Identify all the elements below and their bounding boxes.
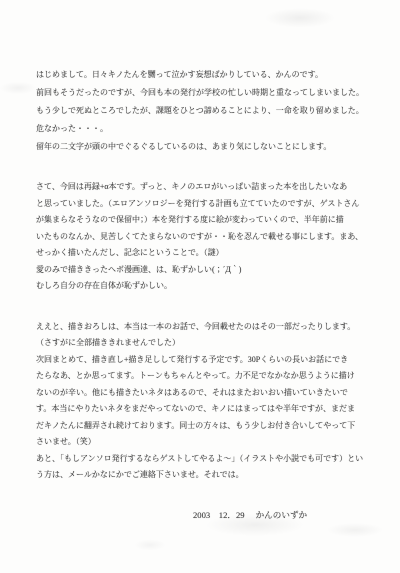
text-line: す。本当にやりたいネタをまだやってないので、キノにはまってはや半年ですが、まだま <box>36 401 374 418</box>
signature-line: 2003 12．29かんのいずか <box>36 507 374 524</box>
text-line: （さすがに全部描ききれませんでした） <box>36 335 374 352</box>
text-line: いたものなんか、見苦しくてたまらないのですが・・恥を忍んで載せる事にします。まあ… <box>36 229 374 246</box>
text-line: ないのが辛い。他にも描きたいネタはあるので、それはまたおいおい描いていきたいで <box>36 385 374 402</box>
text-line: むしろ自分の存在自体が恥ずかしい。 <box>36 278 374 295</box>
text-line: あと、「もしアンソロ発行するならゲストしてやるよ～」（イラストや小説でも可です）… <box>36 451 374 468</box>
text-line: たらなあ、とか思ってます。トーンもちゃんとやって。力不足でなかなか思うように描け <box>36 368 374 385</box>
text-line: さて、今回は再録+α本です。ずっと、キノのエロがいっぱい詰まった本を出したいなあ <box>36 179 374 196</box>
paragraph-intro: はじめまして。日々キノたんを嬲って泣かす妄想ばかりしている、かんのです。 前回も… <box>36 66 374 156</box>
signature-author: かんのいずか <box>256 510 308 520</box>
paragraph-plans: ええと、描きおろしは、本当は一本のお話で、今回載せたのはその一部だったりします。… <box>36 319 374 484</box>
text-line: 前回もそうだったのですが、今回も本の発行が学校の忙しい時期と重なってしまいました… <box>36 84 374 102</box>
text-line: 留年の二文字が頭の中でぐるぐるしているのは、あまり気にしないことにします。 <box>36 138 374 156</box>
text-line: 危なかった・・・。 <box>36 120 374 138</box>
scan-page: はじめまして。日々キノたんを嬲って泣かす妄想ばかりしている、かんのです。 前回も… <box>0 0 400 573</box>
text-line: はじめまして。日々キノたんを嬲って泣かす妄想ばかりしている、かんのです。 <box>36 66 374 84</box>
paragraph-about-book: さて、今回は再録+α本です。ずっと、キノのエロがいっぱい詰まった本を出したいなあ… <box>36 179 374 295</box>
text-line: 次回まとめて、描き直し+描き足しして発行する予定です。30Pくらいの長いお話にで… <box>36 352 374 369</box>
text-line: だキノたんに翻弄され続けております。同士の方々は、もう少しお付き合いしてやって下 <box>36 418 374 435</box>
text-line: ええと、描きおろしは、本当は一本のお話で、今回載せたのはその一部だったりします。 <box>36 319 374 336</box>
text-line: う方は、メールかなにかでご連絡下さいませ。それでは。 <box>36 467 374 484</box>
text-line: と思っていました。（エロアンソロジーを発行する計画も立てていたのですが、ゲストさ… <box>36 196 374 213</box>
text-line: 愛のみで描ききったヘボ漫画達、は、恥ずかしい(；´Д｀) <box>36 262 374 279</box>
text-line: が集まらなそうなので保留中；）本を発行する度に絵が変わっていくので、半年前に描 <box>36 212 374 229</box>
text-line: さいませ。（笑） <box>36 434 374 451</box>
text-line: せっかく描いたんだし、記念にということで。（謎） <box>36 245 374 262</box>
afterword-text: はじめまして。日々キノたんを嬲って泣かす妄想ばかりしている、かんのです。 前回も… <box>36 66 374 524</box>
signature-date: 2003 12．29 <box>193 510 245 520</box>
text-line: もう少しで死ぬところでしたが、課題をひとつ諦めることにより、一命を取り留めました… <box>36 102 374 120</box>
